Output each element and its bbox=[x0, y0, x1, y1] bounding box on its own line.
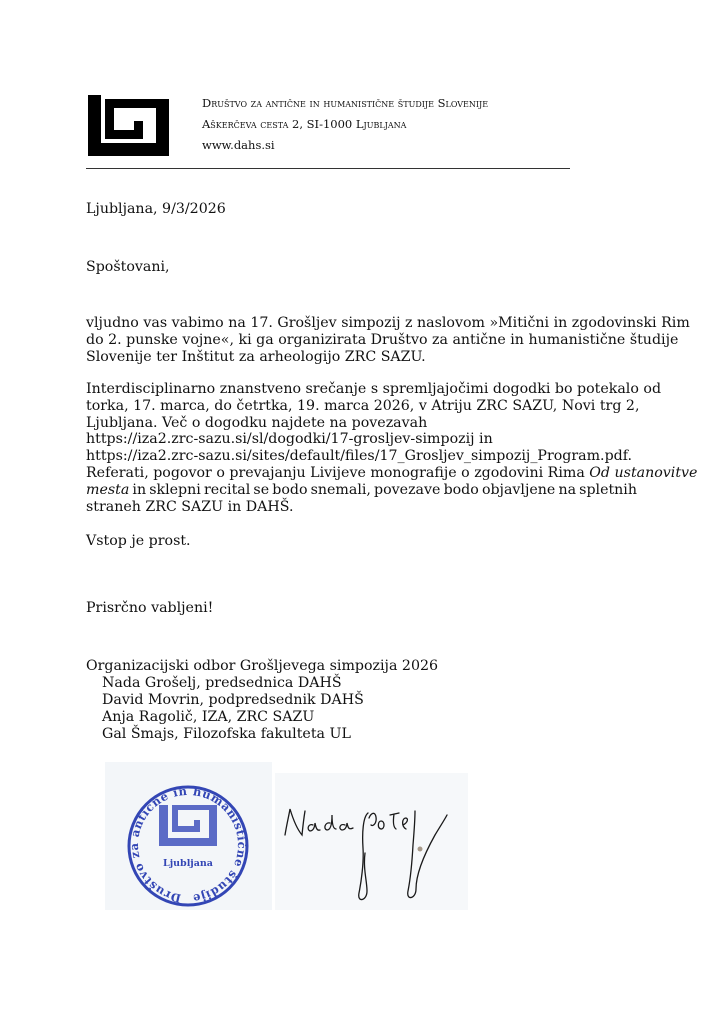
salutation: Spoštovani, bbox=[86, 259, 170, 276]
word: bodo bbox=[272, 482, 307, 499]
program-link[interactable]: https://iza2.zrc-sazu.si/sites/default/f… bbox=[86, 448, 637, 465]
word: bodo bbox=[444, 482, 479, 499]
text-fragment: Referati, pogovor o prevajanju Livijeve … bbox=[86, 465, 589, 481]
text-line: Referati, pogovor o prevajanju Livijeve … bbox=[86, 465, 637, 482]
header-divider bbox=[86, 168, 570, 169]
committee-member: Gal Šmajs, Filozofska fakulteta UL bbox=[102, 726, 351, 743]
paragraph-invitation: vljudno vas vabimo na 17. Grošljev simpo… bbox=[86, 315, 637, 365]
word: in bbox=[132, 482, 146, 499]
link-line: https://iza2.zrc-sazu.si/sl/dogodki/17-g… bbox=[86, 431, 637, 448]
paragraph-details: Interdisciplinarno znanstveno srečanje s… bbox=[86, 381, 637, 515]
book-title: Od ustanovitve bbox=[589, 465, 697, 481]
official-stamp-icon: Društvo za antične in humanistične študi… bbox=[105, 762, 272, 910]
closing: Prisrčno vabljeni! bbox=[86, 600, 213, 617]
word: recital bbox=[204, 482, 250, 499]
text-line: straneh ZRC SAZU in DAHŠ. bbox=[86, 499, 637, 516]
word: sklepni bbox=[149, 482, 201, 499]
place-date: Ljubljana, 9/3/2026 bbox=[86, 201, 226, 218]
entry-note: Vstop je prost. bbox=[86, 533, 191, 550]
word: se bbox=[253, 482, 269, 499]
meander-logo-icon bbox=[88, 95, 169, 156]
word: spletnih bbox=[579, 482, 637, 499]
committee-title: Organizacijski odbor Grošljevega simpozi… bbox=[86, 658, 438, 675]
word: objavljene bbox=[482, 482, 555, 499]
text-line: torka, 17. marca, do četrtka, 19. marca … bbox=[86, 398, 637, 415]
book-title: mesta bbox=[86, 482, 129, 499]
text-line: do 2. punske vojne«, ki ga organizirata … bbox=[86, 332, 637, 349]
organization-name: Društvo za antične in humanistične študi… bbox=[202, 96, 488, 110]
text-line: Slovenije ter Inštitut za arheologijo ZR… bbox=[86, 349, 637, 366]
text-line: Interdisciplinarno znanstveno srečanje s… bbox=[86, 381, 637, 398]
signature-icon bbox=[275, 773, 468, 910]
link-connector: in bbox=[475, 431, 493, 447]
svg-text:Društvo za antične in humanist: Društvo za antične in humanistične študi… bbox=[105, 762, 249, 906]
word: snemali, bbox=[311, 482, 371, 499]
word: na bbox=[558, 482, 576, 499]
text-line: vljudno vas vabimo na 17. Grošljev simpo… bbox=[86, 315, 637, 332]
organization-website[interactable]: www.dahs.si bbox=[202, 138, 275, 152]
organization-address: Aškerčeva cesta 2, SI-1000 Ljubljana bbox=[202, 117, 406, 131]
committee-member: Anja Ragolič, IZA, ZRC SAZU bbox=[102, 709, 314, 726]
word: povezave bbox=[374, 482, 440, 499]
event-link[interactable]: https://iza2.zrc-sazu.si/sl/dogodki/17-g… bbox=[86, 431, 475, 447]
committee-member: Nada Grošelj, predsednica DAHŠ bbox=[102, 675, 342, 692]
committee-member: David Movrin, podpredsednik DAHŠ bbox=[102, 692, 364, 709]
svg-text:Ljubljana: Ljubljana bbox=[163, 858, 213, 869]
text-line: Ljubljana. Več o dogodku najdete na pove… bbox=[86, 415, 637, 432]
text-line: mestainsklepnirecitalsebodosnemali,povez… bbox=[86, 482, 637, 499]
